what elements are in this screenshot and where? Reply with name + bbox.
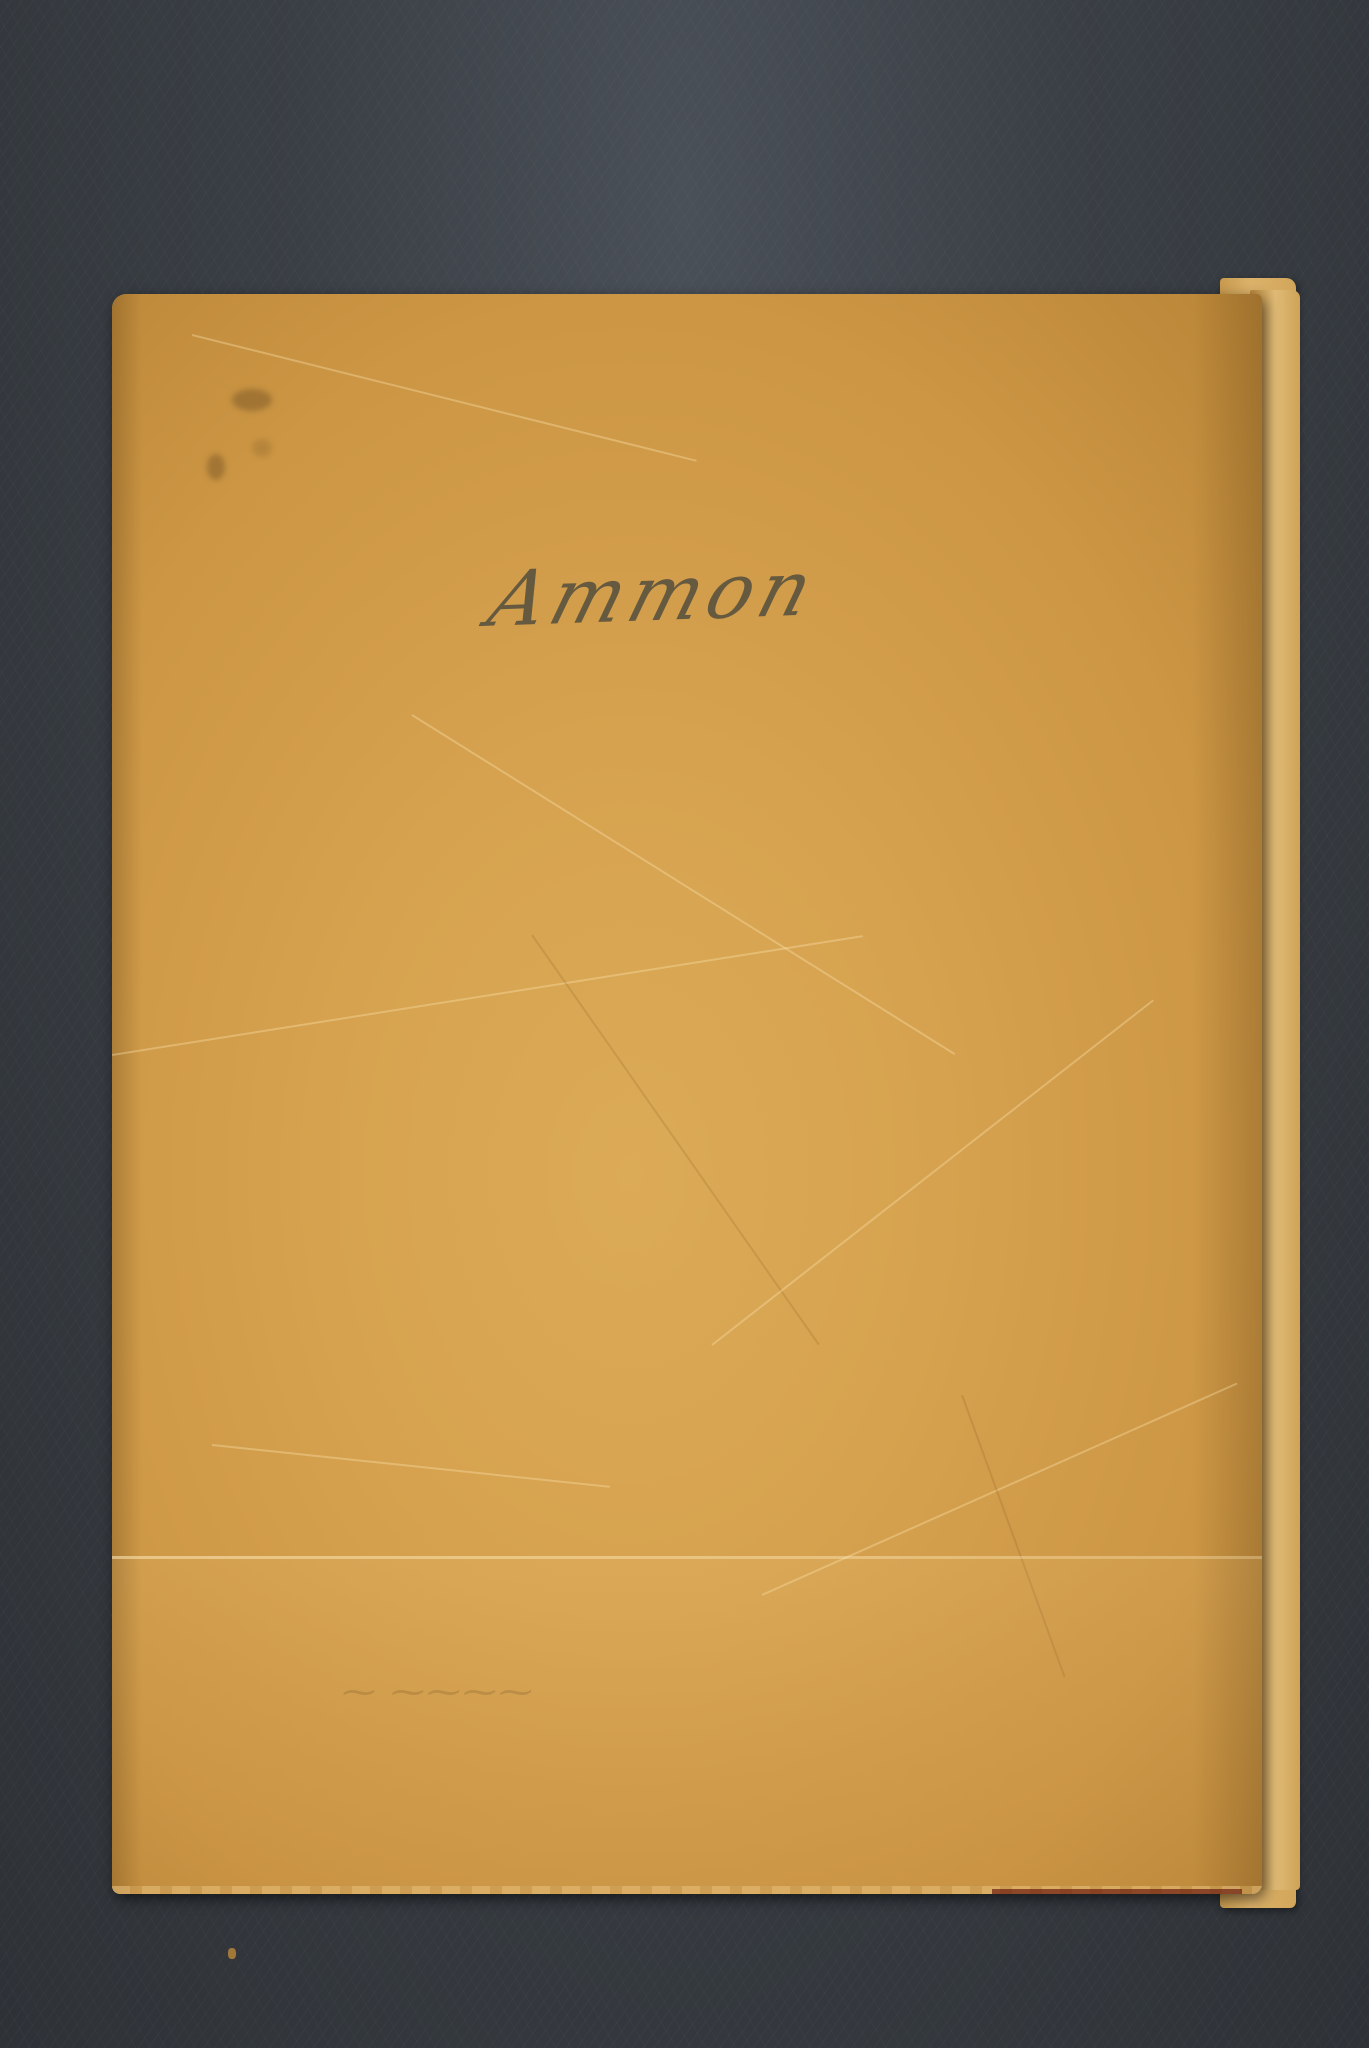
fold-line	[112, 1556, 1262, 1559]
stain	[252, 439, 272, 457]
stain	[232, 389, 272, 411]
crease	[711, 999, 1154, 1345]
crease	[112, 935, 863, 1056]
red-inner-edge	[992, 1889, 1242, 1894]
crease	[411, 714, 955, 1055]
crease	[212, 1444, 610, 1488]
faint-illegible-marks: ⁓ ⁓⁓⁓⁓	[342, 1672, 535, 1712]
paper-fragment	[228, 1948, 236, 1959]
stain	[207, 454, 225, 480]
crease	[531, 934, 819, 1345]
lower-flap	[112, 1559, 1262, 1894]
handwritten-title: Ammon	[479, 543, 828, 644]
folder-cover: Ammon ⁓ ⁓⁓⁓⁓	[112, 294, 1262, 1894]
